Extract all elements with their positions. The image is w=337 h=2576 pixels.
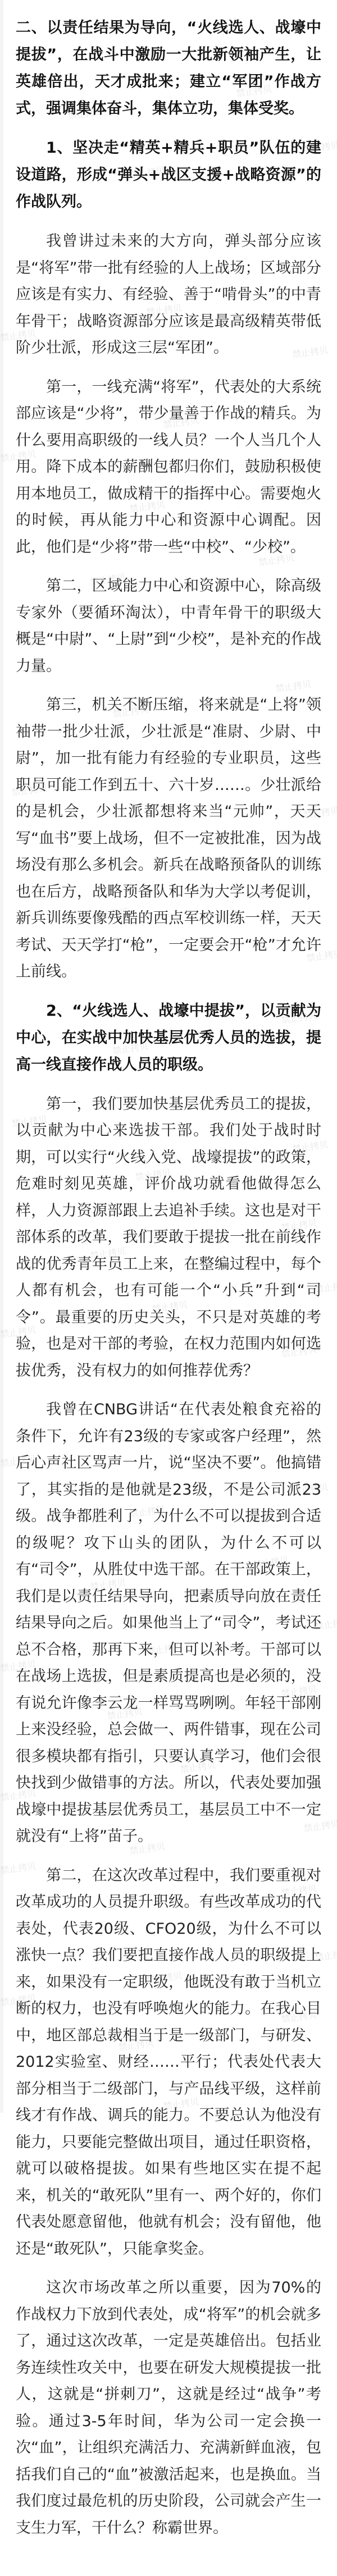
paragraph: 第二，区域能力中心和资源中心，除高级专家外（要循环淘汰），中青年骨干的职级大概是… <box>16 573 321 679</box>
section-heading-main: 二、以责任结果为导向，“火线选人、战壕中提拔”，在战斗中激励一大批新领袖产生，让… <box>16 15 321 122</box>
subsection-heading-2: 2、“火线选人、战壕中提拔”，以贡献为中心，在实战中加快基层优秀人员的选拔，提高… <box>16 998 321 1079</box>
paragraph: 第一，我们要加快基层优秀员工的提拔，以贡献为中心来选拔干部。我们处于战时时期，可… <box>16 1091 321 1385</box>
paragraph: 这次市场改革之所以重要，因为70%的作战权力下放到代表处，成“将军”的机会就多了… <box>16 2274 321 2541</box>
subsection-heading-1: 1、坚决走“精英+精兵+职员”队伍的建设道路，形成“弹头+战区支援+战略资源”的… <box>16 135 321 216</box>
paragraph: 我曾讲过未来的大方向，弹头部分应该是“将军”带一批有经验的人上战场；区域部分应该… <box>16 228 321 362</box>
paragraph: 我曾在CNBG讲话“在代表处粮食充裕的条件下，允许有23级的专家或客户经理”，然… <box>16 1396 321 1850</box>
paragraph: 第一，一线充满“将军”，代表处的大系统部应该是“少将”，带少量善于作战的精兵。为… <box>16 374 321 561</box>
article-body: 二、以责任结果为导向，“火线选人、战壕中提拔”，在战斗中激励一大批新领袖产生，让… <box>0 0 337 2576</box>
paragraph: 第三，机关不断压缩，将来就是“上将”领袖带一批少壮派，少壮派是“准尉、少尉、中尉… <box>16 692 321 985</box>
paragraph: 第二，在这次改革过程中，我们要重视对改革成功的人员提升职级。有些改革成功的代表处… <box>16 1862 321 2263</box>
